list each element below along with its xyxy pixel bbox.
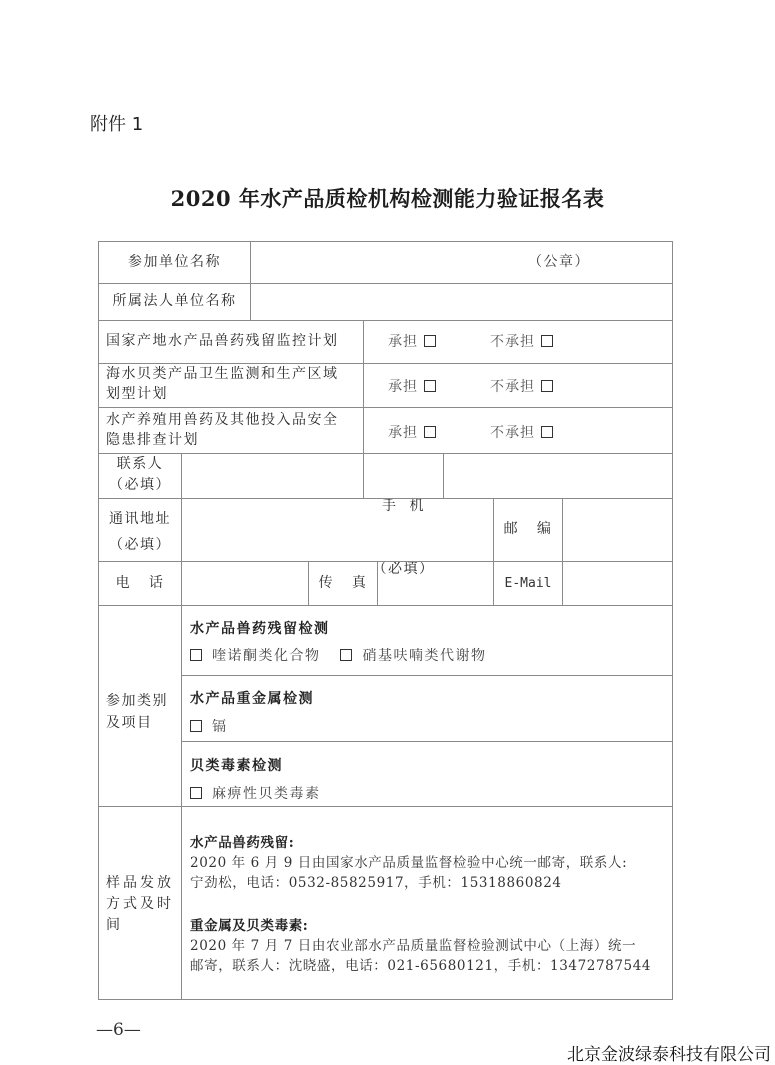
dispatch-label-line3: 间 — [106, 915, 174, 936]
dispatch-block-1-line2: 邮寄，联系人：沈晓盛，电话：021-65680121，手机：1347278754… — [190, 956, 651, 976]
categories-label: 参加类别 及项目 — [106, 690, 168, 734]
categories-label-line1: 参加类别 — [106, 690, 168, 712]
phone-label: 电 话 — [98, 573, 182, 594]
checkbox-icon[interactable] — [424, 426, 436, 438]
category-group-0 — [181, 605, 673, 676]
dispatch-label: 样品发放 方式及时 间 — [106, 873, 174, 936]
plan-0-label-line1: 国家产地水产品兽药残留监控计划 — [106, 333, 339, 349]
contact-label: 联系人 （必填） — [98, 454, 182, 496]
category-group-2-items: 麻痹性贝类毒素 — [190, 783, 321, 803]
category-item-cadmium[interactable]: 镉 — [190, 719, 228, 735]
plan-1-option-yes[interactable]: 承担 — [388, 376, 442, 396]
seal-hint: （公章） — [528, 252, 590, 273]
plan-2-label: 水产养殖用兽药及其他投入品安全 隐患排查计划 — [106, 410, 339, 450]
attachment-label: 附件 1 — [90, 110, 143, 136]
dispatch-block-1-title: 重金属及贝类毒素: — [190, 916, 651, 936]
plan-1-option-no[interactable]: 不承担 — [490, 376, 559, 396]
postcode-label: 邮 编 — [493, 519, 563, 540]
plan-2-yes-label: 承担 — [388, 425, 418, 441]
company-watermark: 北京金波绿泰科技有限公司 — [567, 1040, 771, 1065]
item-label: 喹诺酮类化合物 — [212, 648, 321, 664]
plan-2-option-no[interactable]: 不承担 — [490, 422, 559, 442]
category-item-nitrofurans[interactable]: 硝基呋喃类代谢物 — [340, 648, 486, 664]
plan-0-no-label: 不承担 — [490, 334, 535, 350]
checkbox-icon[interactable] — [190, 649, 202, 661]
category-group-1-title: 水产品重金属检测 — [190, 688, 314, 708]
dispatch-block-1-line1: 2020 年 7 月 7 日由农业部水产品质量监督检验测试中心（上海）统一 — [190, 936, 651, 956]
address-field[interactable] — [181, 498, 494, 562]
categories-label-line2: 及项目 — [106, 712, 168, 734]
dispatch-block-0-title: 水产品兽药残留: — [190, 833, 627, 853]
postcode-field[interactable] — [562, 498, 673, 562]
item-label: 镉 — [212, 719, 228, 735]
checkbox-icon[interactable] — [541, 335, 553, 347]
plan-1-label: 海水贝类产品卫生监测和生产区域 划型计划 — [106, 364, 339, 404]
category-group-1-items: 镉 — [190, 716, 228, 736]
plan-1-no-label: 不承担 — [490, 379, 535, 395]
unit-name-label: 参加单位名称 — [98, 252, 251, 273]
mobile-field[interactable] — [443, 453, 673, 499]
fax-label: 传 真 — [308, 573, 378, 594]
phone-field[interactable] — [181, 561, 309, 606]
legal-unit-field[interactable] — [250, 283, 673, 321]
dispatch-block-0-line2: 宁劲松，电话：0532-85825917，手机：15318860824 — [190, 873, 627, 893]
dispatch-block-drug-residue: 水产品兽药残留: 2020 年 6 月 9 日由国家水产品质量监督检验中心统一邮… — [190, 833, 627, 893]
plan-2-option-yes[interactable]: 承担 — [388, 422, 442, 442]
checkbox-icon[interactable] — [424, 380, 436, 392]
plan-1-yes-label: 承担 — [388, 379, 418, 395]
plan-0-option-no[interactable]: 不承担 — [490, 331, 559, 351]
dispatch-label-line2: 方式及时 — [106, 894, 174, 915]
category-group-2-title: 贝类毒素检测 — [190, 755, 283, 775]
email-field[interactable] — [562, 561, 673, 606]
plan-1-label-line2: 划型计划 — [106, 384, 339, 404]
contact-field[interactable] — [181, 453, 364, 499]
item-label: 硝基呋喃类代谢物 — [362, 648, 486, 664]
checkbox-icon[interactable] — [541, 426, 553, 438]
dispatch-block-heavy-metal: 重金属及贝类毒素: 2020 年 7 月 7 日由农业部水产品质量监督检验测试中… — [190, 916, 651, 976]
plan-1-label-line1: 海水贝类产品卫生监测和生产区域 — [106, 364, 339, 384]
plan-0-option-yes[interactable]: 承担 — [388, 331, 442, 351]
checkbox-icon[interactable] — [424, 335, 436, 347]
category-item-psp[interactable]: 麻痹性贝类毒素 — [190, 786, 321, 802]
dispatch-block-0-line1: 2020 年 6 月 9 日由国家水产品质量监督检验中心统一邮寄，联系人: — [190, 853, 627, 873]
plan-0-yes-label: 承担 — [388, 334, 418, 350]
checkbox-icon[interactable] — [190, 787, 202, 799]
category-group-0-items: 喹诺酮类化合物 硝基呋喃类代谢物 — [190, 645, 486, 665]
checkbox-icon[interactable] — [340, 649, 352, 661]
address-label-line2: （必填） — [98, 532, 182, 558]
dispatch-label-line1: 样品发放 — [106, 873, 174, 894]
plan-2-no-label: 不承担 — [490, 425, 535, 441]
fax-field[interactable] — [377, 561, 494, 606]
unit-name-field[interactable] — [250, 241, 673, 284]
plan-2-label-line1: 水产养殖用兽药及其他投入品安全 — [106, 410, 339, 430]
contact-label-line2: （必填） — [98, 475, 182, 496]
category-group-0-title: 水产品兽药残留检测 — [190, 618, 330, 638]
email-label: E-Mail — [493, 574, 563, 594]
item-label: 麻痹性贝类毒素 — [212, 786, 321, 802]
contact-label-line1: 联系人 — [98, 454, 182, 475]
legal-unit-label: 所属法人单位名称 — [98, 291, 251, 312]
address-label: 通讯地址 （必填） — [98, 506, 182, 558]
plan-0-label: 国家产地水产品兽药残留监控计划 — [106, 331, 339, 352]
address-label-line1: 通讯地址 — [98, 506, 182, 532]
category-group-1 — [181, 675, 673, 742]
page-title: 2020 年水产品质检机构检测能力验证报名表 — [0, 183, 775, 213]
category-item-quinolones[interactable]: 喹诺酮类化合物 — [190, 648, 321, 664]
plan-2-label-line2: 隐患排查计划 — [106, 430, 339, 450]
checkbox-icon[interactable] — [541, 380, 553, 392]
checkbox-icon[interactable] — [190, 720, 202, 732]
page-number: —6— — [96, 1020, 141, 1040]
